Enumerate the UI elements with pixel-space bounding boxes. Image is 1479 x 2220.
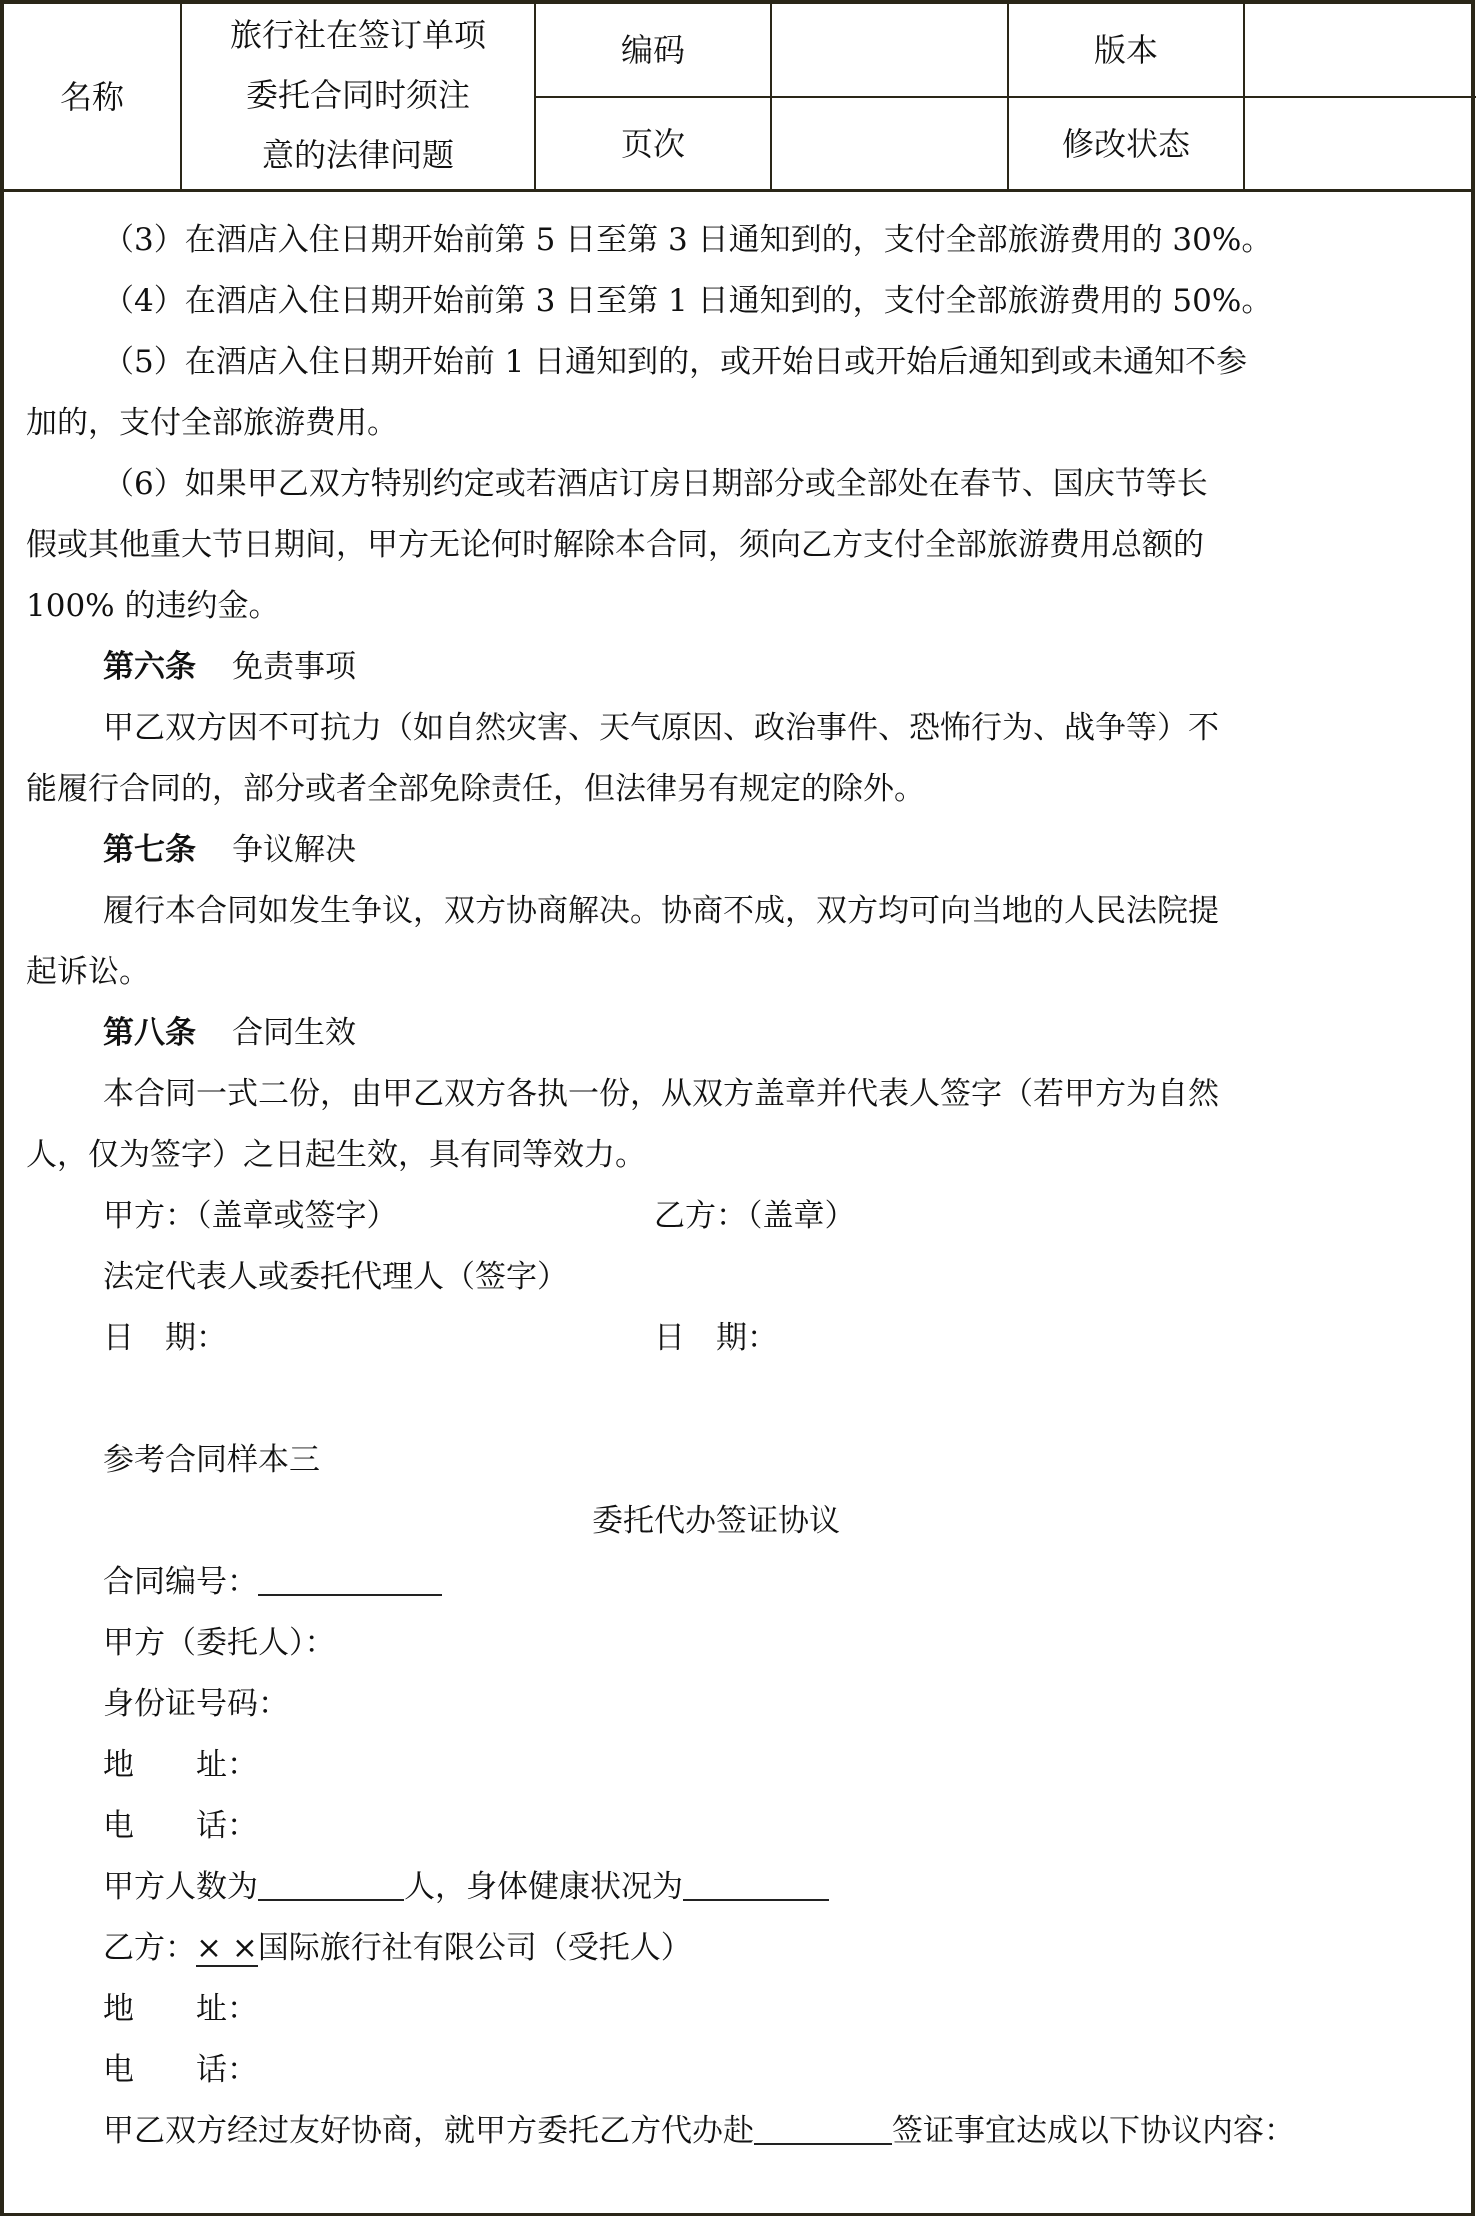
contract-number-field: 合同编号：: [103, 1552, 442, 1614]
date-party-b: 日 期：: [654, 1308, 778, 1370]
article-title: 争议解决: [232, 832, 356, 868]
count-blank: [258, 1869, 404, 1901]
document-page: 名称 旅行社在签订单项 委托合同时须注 意的法律问题 编码 版本 页次 修改状态…: [0, 0, 1475, 2216]
revision-value: [1245, 98, 1475, 190]
signature-party-b: 乙方：（盖章）: [654, 1186, 856, 1248]
signature-party-a: 甲方：（盖章或签字）: [103, 1186, 398, 1248]
clause-item-5-line-1: （5）在酒店入住日期开始前 1 日通知到的，或开始日或开始后通知到或未通知不参: [103, 332, 1247, 394]
clause-item-5-line-2: 加的，支付全部旅游费用。: [26, 393, 398, 455]
article-8-heading: 第八条合同生效: [103, 1003, 356, 1065]
article-number: 第八条: [103, 1015, 196, 1051]
id-number-label: 身份证号码：: [103, 1674, 289, 1736]
page-value: [772, 98, 1007, 190]
agreement-title: 委托代办签证协议: [592, 1491, 840, 1553]
party-b-prefix: 乙方：: [103, 1930, 196, 1966]
party-b-field: 乙方：× ×国际旅行社有限公司（受托人）: [103, 1918, 692, 1980]
party-b-name: 国际旅行社有限公司（受托人）: [258, 1930, 692, 1966]
clause-item-6-line-2: 假或其他重大节日期间，甲方无论何时解除本合同，须向乙方支付全部旅游费用总额的: [26, 515, 1204, 577]
clause-item-6-line-1: （6）如果甲乙双方特别约定或若酒店订房日期部分或全部处在春节、国庆节等长: [103, 454, 1208, 516]
party-a-label: 甲方（委托人）：: [103, 1613, 336, 1675]
article-number: 第七条: [103, 832, 196, 868]
name-label: 名称: [4, 4, 180, 190]
version-label: 版本: [1009, 4, 1243, 96]
article-7-line-2: 起诉讼。: [26, 942, 150, 1004]
agreement-intro: 甲乙双方经过友好协商，就甲方委托乙方代办赴签证事宜达成以下协议内容：: [103, 2101, 1295, 2163]
health-prefix: 人，身体健康状况为: [404, 1869, 683, 1905]
article-6-line-2: 能履行合同的，部分或者全部免除责任，但法律另有规定的除外。: [26, 759, 925, 821]
article-7-heading: 第七条争议解决: [103, 820, 356, 882]
article-7-line-1: 履行本合同如发生争议，双方协商解决。协商不成，双方均可向当地的人民法院提: [103, 881, 1219, 943]
code-label: 编码: [536, 4, 770, 96]
version-value: [1245, 4, 1475, 96]
contract-number-blank: [258, 1564, 442, 1596]
page-label: 页次: [536, 98, 770, 190]
article-number: 第六条: [103, 649, 196, 685]
article-8-line-2: 人，仅为签字）之日起生效，具有同等效力。: [26, 1125, 646, 1187]
title-line-2: 委托合同时须注: [246, 65, 470, 125]
article-title: 合同生效: [232, 1015, 356, 1051]
party-a-count-field: 甲方人数为人，身体健康状况为: [103, 1857, 829, 1919]
phone-b-label: 电 话：: [103, 2040, 258, 2102]
legal-representative: 法定代表人或委托代理人（签字）: [103, 1247, 568, 1309]
party-b-xx: × ×: [196, 1931, 258, 1967]
revision-label: 修改状态: [1009, 98, 1243, 190]
article-6-heading: 第六条免责事项: [103, 637, 356, 699]
header-table: 名称 旅行社在签订单项 委托合同时须注 意的法律问题 编码 版本 页次 修改状态: [4, 4, 1475, 192]
sample-label: 参考合同样本三: [103, 1430, 320, 1492]
article-title: 免责事项: [232, 649, 356, 685]
contract-number-label: 合同编号：: [103, 1564, 258, 1600]
agreement-suffix: 签证事宜达成以下协议内容：: [892, 2113, 1295, 2149]
date-party-a: 日 期：: [103, 1308, 227, 1370]
count-prefix: 甲方人数为: [103, 1869, 258, 1905]
article-8-line-1: 本合同一式二份，由甲乙双方各执一份，从双方盖章并代表人签字（若甲方为自然: [103, 1064, 1219, 1126]
clause-item-3: （3）在酒店入住日期开始前第 5 日至第 3 日通知到的，支付全部旅游费用的 3…: [103, 210, 1272, 272]
article-6-line-1: 甲乙双方因不可抗力（如自然灾害、天气原因、政治事件、恐怖行为、战争等）不: [103, 698, 1219, 760]
destination-blank: [754, 2113, 892, 2145]
health-blank: [683, 1869, 829, 1901]
address-b-label: 地 址：: [103, 1979, 258, 2041]
code-value: [772, 4, 1007, 96]
address-a-label: 地 址：: [103, 1735, 258, 1797]
document-title: 旅行社在签订单项 委托合同时须注 意的法律问题: [182, 2, 534, 188]
clause-item-6-line-3: 100% 的违约金。: [26, 576, 279, 638]
title-line-1: 旅行社在签订单项: [230, 5, 486, 65]
clause-item-4: （4）在酒店入住日期开始前第 3 日至第 1 日通知到的，支付全部旅游费用的 5…: [103, 271, 1272, 333]
phone-a-label: 电 话：: [103, 1796, 258, 1858]
agreement-prefix: 甲乙双方经过友好协商，就甲方委托乙方代办赴: [103, 2113, 754, 2149]
title-line-3: 意的法律问题: [262, 125, 454, 185]
